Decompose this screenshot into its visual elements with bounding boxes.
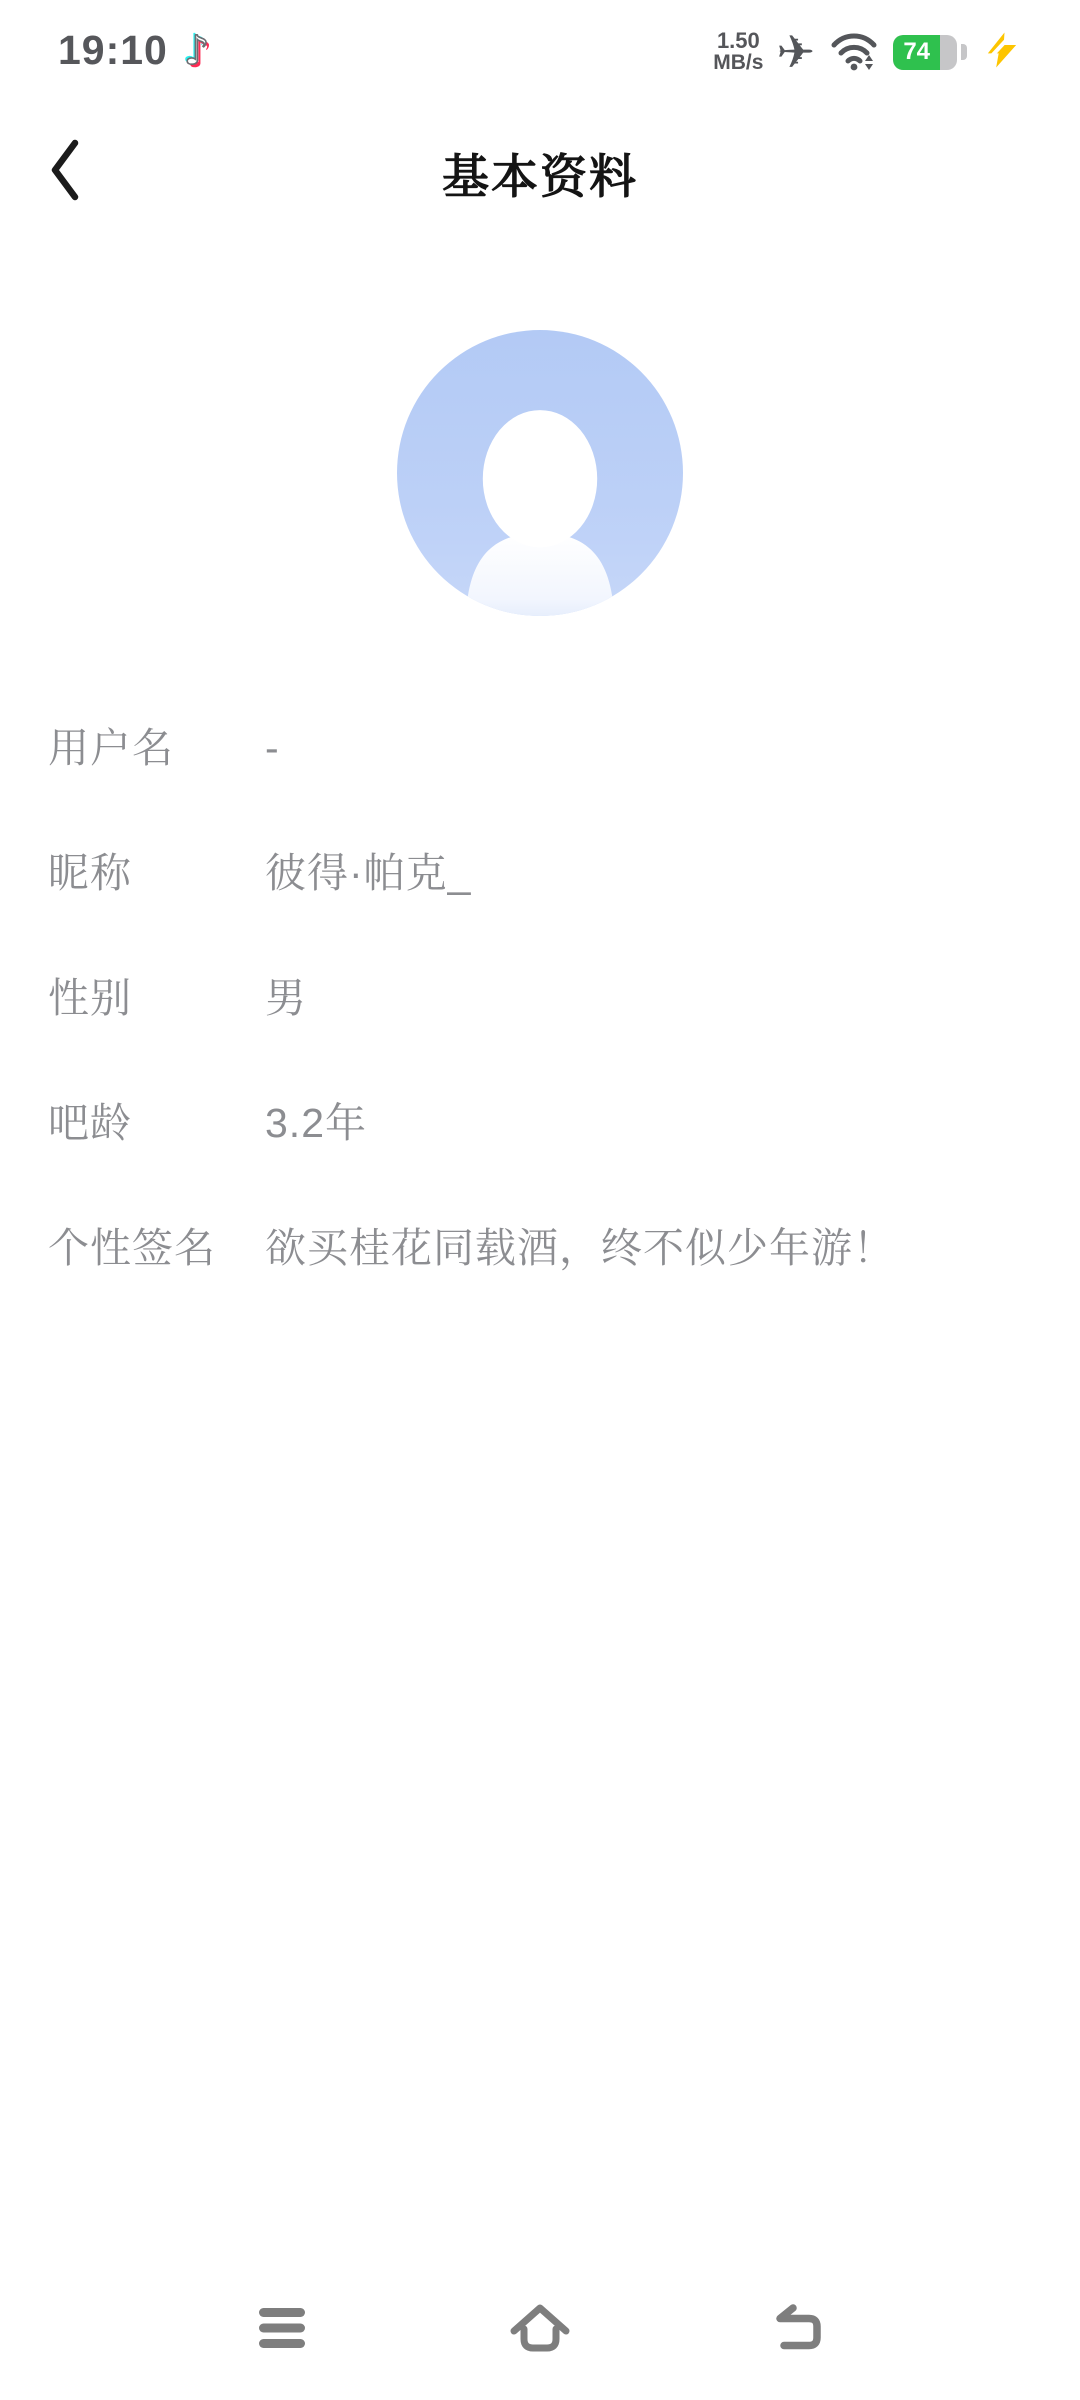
field-label: 性别 <box>48 973 265 1023</box>
battery-percent: 74 <box>893 35 940 70</box>
network-speed: 1.50 MB/s <box>713 30 763 74</box>
field-forum-age: 吧龄 3.2年 <box>0 1098 1080 1223</box>
field-label: 吧龄 <box>48 1098 265 1148</box>
field-nickname: 昵称 彼得·帕克_ <box>0 848 1080 973</box>
system-nav-bar <box>0 2302 1080 2358</box>
field-gender: 性别 男 <box>0 973 1080 1098</box>
status-bar: 19:10 ♪ ♪ ♪ 1.50 MB/s ✈ <box>0 0 1080 96</box>
airplane-mode-icon: ✈ <box>776 26 815 78</box>
nav-menu-button[interactable] <box>251 2302 313 2358</box>
phone-screen: 19:10 ♪ ♪ ♪ 1.50 MB/s ✈ <box>0 0 1080 2400</box>
clock: 19:10 <box>58 27 168 74</box>
field-value: 彼得·帕克_ <box>265 848 511 898</box>
return-icon <box>771 2304 825 2357</box>
field-value: - <box>265 723 320 773</box>
field-label: 个性签名 <box>48 1223 265 1273</box>
battery-icon: 74 <box>893 35 957 70</box>
nav-home-button[interactable] <box>509 2302 571 2358</box>
battery-cap <box>961 44 967 60</box>
field-signature: 个性签名 欲买桂花同载酒，终不似少年游！ <box>0 1223 1080 1348</box>
field-value: 3.2年 <box>265 1098 407 1148</box>
field-label: 用户名 <box>48 723 265 773</box>
field-label: 昵称 <box>48 848 265 898</box>
music-note-icon: ♪ ♪ ♪ <box>184 28 226 74</box>
nav-back-button[interactable] <box>767 2302 829 2358</box>
menu-icon <box>258 2307 306 2354</box>
page-title: 基本资料 <box>0 128 1080 218</box>
field-username: 用户名 - <box>0 723 1080 848</box>
header: 基本资料 <box>0 128 1080 218</box>
field-value: 男 <box>265 973 347 1023</box>
avatar[interactable] <box>397 330 683 616</box>
charging-bolt-icon <box>982 29 1022 76</box>
home-icon <box>509 2303 571 2358</box>
profile-info-list: 用户名 - 昵称 彼得·帕克_ 性别 男 吧龄 3.2年 个性签名 欲买桂花同载… <box>0 723 1080 1348</box>
wifi-icon <box>828 28 880 77</box>
field-value: 欲买桂花同载酒，终不似少年游！ <box>265 1223 935 1273</box>
